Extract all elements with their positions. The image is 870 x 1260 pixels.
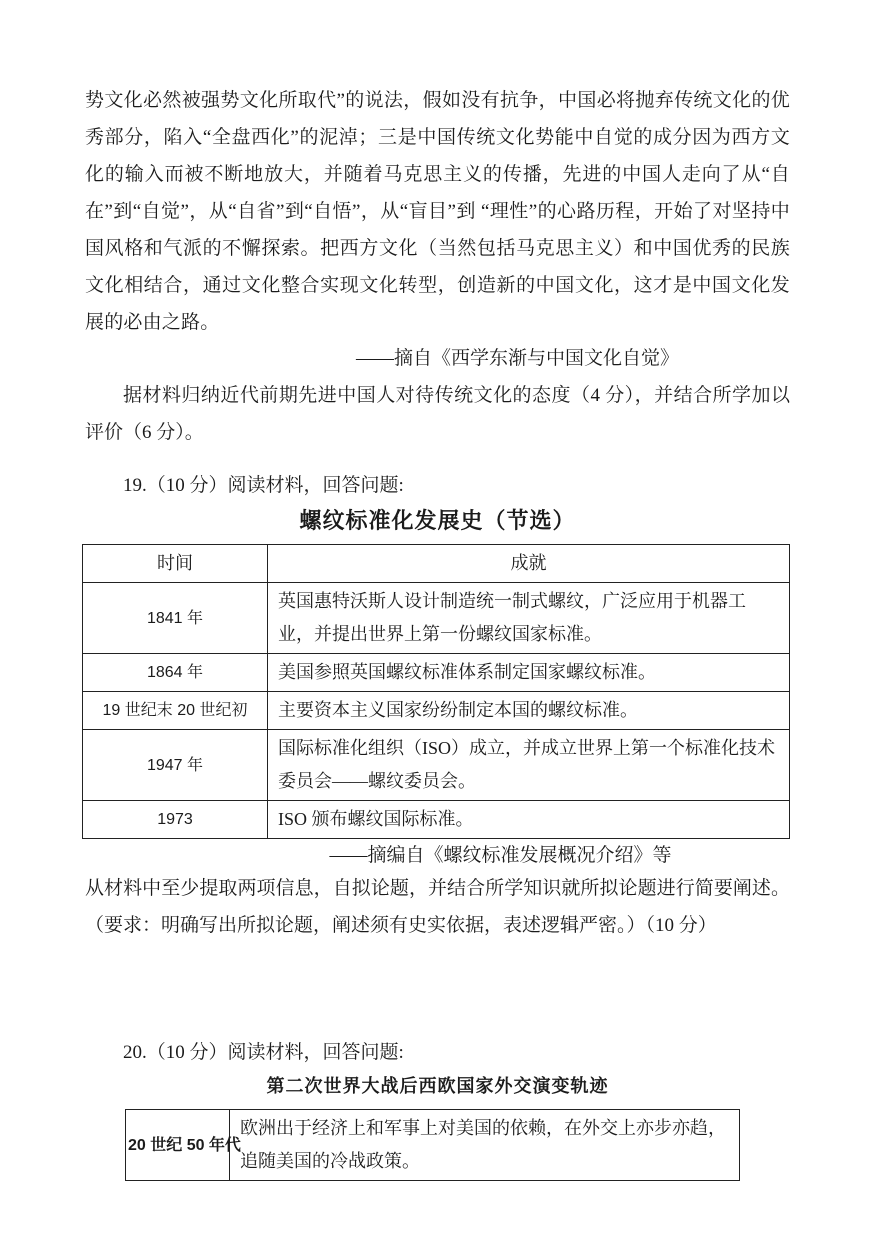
table-row: 19 世纪末 20 世纪初 主要资本主义国家纷纷制定本国的螺纹标准。	[83, 692, 790, 730]
table-2-row-1-policy: 欧洲出于经济上和军事上对美国的依赖，在外交上亦步亦趋，追随美国的冷战政策。	[230, 1110, 740, 1181]
table-1-header-time: 时间	[83, 545, 268, 583]
table-2-row-1-period: 20 世纪 50 年代	[126, 1110, 230, 1181]
question-19-task: 从材料中至少提取两项信息，自拟论题，并结合所学知识就所拟论题进行简要阐述。（要求…	[85, 870, 790, 944]
table-1-row-3-time: 19 世纪末 20 世纪初	[83, 692, 268, 730]
thread-standardization-table: 时间 成就 1841 年 英国惠特沃斯人设计制造统一制式螺纹，广泛应用于机器工业…	[82, 544, 790, 839]
table-2-title: 第二次世界大战后西欧国家外交演变轨迹	[85, 1071, 790, 1101]
table-row: 20 世纪 50 年代 欧洲出于经济上和军事上对美国的依赖，在外交上亦步亦趋，追…	[126, 1110, 740, 1181]
table-1-header-achievement: 成就	[268, 545, 790, 583]
material-paragraph: 势文化必然被强势文化所取代”的说法，假如没有抗争，中国必将抛弃传统文化的优秀部分…	[85, 82, 790, 341]
table-1-row-1-achievement: 英国惠特沃斯人设计制造统一制式螺纹，广泛应用于机器工业，并提出世界上第一份螺纹国…	[268, 583, 790, 654]
page-content: 势文化必然被强势文化所取代”的说法，假如没有抗争，中国必将抛弃传统文化的优秀部分…	[0, 0, 870, 1181]
table-1-header-row: 时间 成就	[83, 545, 790, 583]
question-20-header: 20.（10 分）阅读材料，回答问题:	[85, 1034, 790, 1071]
table-1-row-5-time: 1973	[83, 801, 268, 839]
exam-page: 势文化必然被强势文化所取代”的说法，假如没有抗争，中国必将抛弃传统文化的优秀部分…	[0, 0, 870, 1260]
europe-diplomacy-table: 20 世纪 50 年代 欧洲出于经济上和军事上对美国的依赖，在外交上亦步亦趋，追…	[125, 1109, 740, 1181]
table-1-row-5-achievement: ISO 颁布螺纹国际标准。	[268, 801, 790, 839]
question-19-header: 19.（10 分）阅读材料，回答问题:	[85, 467, 790, 504]
question-18-task: 据材料归纳近代前期先进中国人对待传统文化的态度（4 分），并结合所学加以评价（6…	[85, 377, 790, 451]
table-1-row-1-time: 1841 年	[83, 583, 268, 654]
table-1-source-citation: ——摘编自《螺纹标准发展概况介绍》等	[211, 842, 790, 870]
table-1-row-4-achievement: 国际标准化组织（ISO）成立，并成立世界上第一个标准化技术委员会——螺纹委员会。	[268, 730, 790, 801]
table-row: 1973 ISO 颁布螺纹国际标准。	[83, 801, 790, 839]
table-row: 1947 年 国际标准化组织（ISO）成立，并成立世界上第一个标准化技术委员会—…	[83, 730, 790, 801]
table-1-row-3-achievement: 主要资本主义国家纷纷制定本国的螺纹标准。	[268, 692, 790, 730]
table-1-row-4-time: 1947 年	[83, 730, 268, 801]
table-1-row-2-achievement: 美国参照英国螺纹标准体系制定国家螺纹标准。	[268, 654, 790, 692]
table-1-title: 螺纹标准化发展史（节选）	[85, 506, 790, 536]
material-source-citation: ——摘自《西学东渐与中国文化自觉》	[245, 341, 790, 377]
table-row: 1841 年 英国惠特沃斯人设计制造统一制式螺纹，广泛应用于机器工业，并提出世界…	[83, 583, 790, 654]
table-1-row-2-time: 1864 年	[83, 654, 268, 692]
table-row: 1864 年 美国参照英国螺纹标准体系制定国家螺纹标准。	[83, 654, 790, 692]
